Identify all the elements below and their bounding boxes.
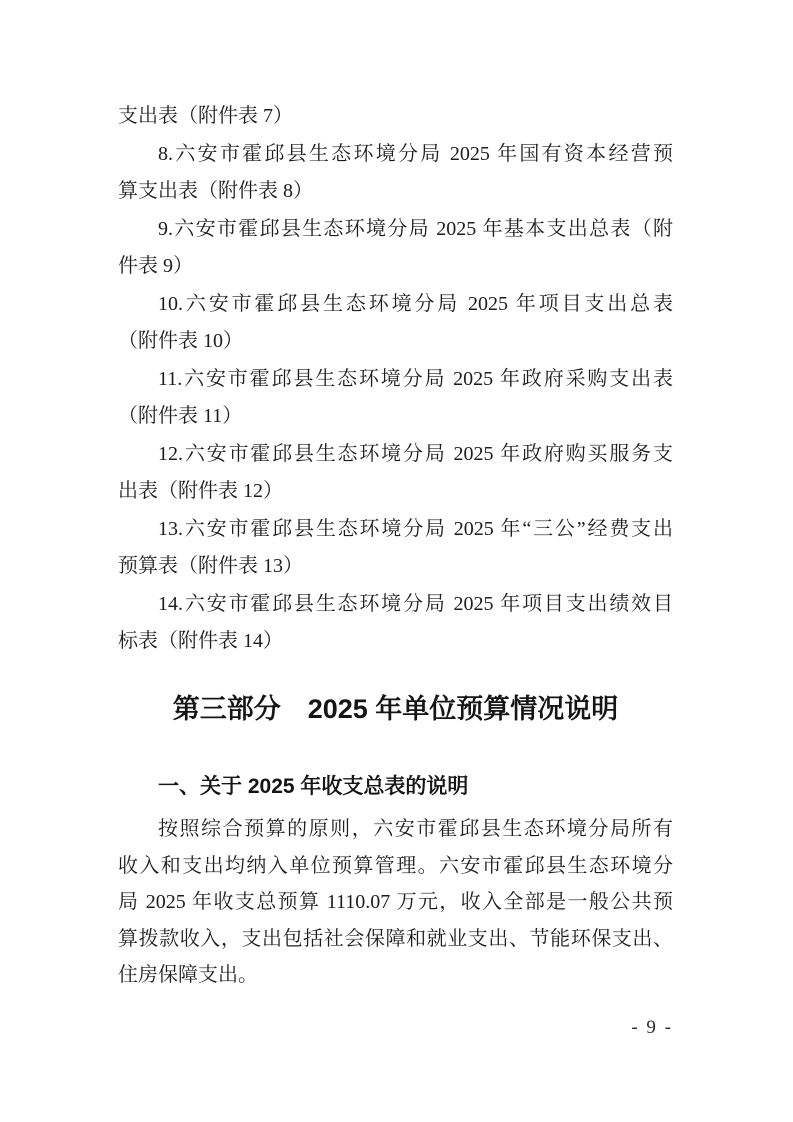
- attachment-list-line: 出表（附件表 12）: [118, 473, 673, 511]
- attachment-list: 支出表（附件表 7）8.六安市霍邱县生态环境分局 2025 年国有资本经营预算支…: [118, 98, 673, 661]
- document-page: 支出表（附件表 7）8.六安市霍邱县生态环境分局 2025 年国有资本经营预算支…: [0, 0, 793, 1122]
- paragraph-line: 收入和支出均纳入单位预算管理。六安市霍邱县生态环境分: [118, 848, 673, 885]
- budget-summary-paragraph: 按照综合预算的原则，六安市霍邱县生态环境分局所有收入和支出均纳入单位预算管理。六…: [118, 811, 673, 994]
- paragraph-line: 按照综合预算的原则，六安市霍邱县生态环境分局所有: [118, 811, 673, 848]
- attachment-list-line: 12.六安市霍邱县生态环境分局 2025 年政府购买服务支: [118, 436, 673, 474]
- attachment-list-line: 预算表（附件表 13）: [118, 548, 673, 586]
- attachment-list-line: （附件表 11）: [118, 398, 673, 436]
- section-heading: 第三部分 2025 年单位预算情况说明: [118, 692, 673, 726]
- attachment-list-line: 10.六安市霍邱县生态环境分局 2025 年项目支出总表: [118, 286, 673, 324]
- attachment-list-line: 14.六安市霍邱县生态环境分局 2025 年项目支出绩效目: [118, 586, 673, 624]
- attachment-list-line: 算支出表（附件表 8）: [118, 173, 673, 211]
- attachment-list-line: 13.六安市霍邱县生态环境分局 2025 年“三公”经费支出: [118, 511, 673, 549]
- attachment-list-line: 标表（附件表 14）: [118, 623, 673, 661]
- paragraph-line: 局 2025 年收支总预算 1110.07 万元，收入全部是一般公共预: [118, 884, 673, 921]
- attachment-list-line: 11.六安市霍邱县生态环境分局 2025 年政府采购支出表: [118, 361, 673, 399]
- page-number: - 9 -: [631, 1016, 673, 1040]
- attachment-list-line: （附件表 10）: [118, 323, 673, 361]
- attachment-list-line: 件表 9）: [118, 248, 673, 286]
- attachment-list-line: 支出表（附件表 7）: [118, 98, 673, 136]
- attachment-list-line: 9.六安市霍邱县生态环境分局 2025 年基本支出总表（附: [118, 211, 673, 249]
- paragraph-line: 住房保障支出。: [118, 957, 673, 994]
- paragraph-line: 算拨款收入，支出包括社会保障和就业支出、节能环保支出、: [118, 921, 673, 958]
- attachment-list-line: 8.六安市霍邱县生态环境分局 2025 年国有资本经营预: [118, 136, 673, 174]
- subsection-heading: 一、关于 2025 年收支总表的说明: [118, 772, 673, 802]
